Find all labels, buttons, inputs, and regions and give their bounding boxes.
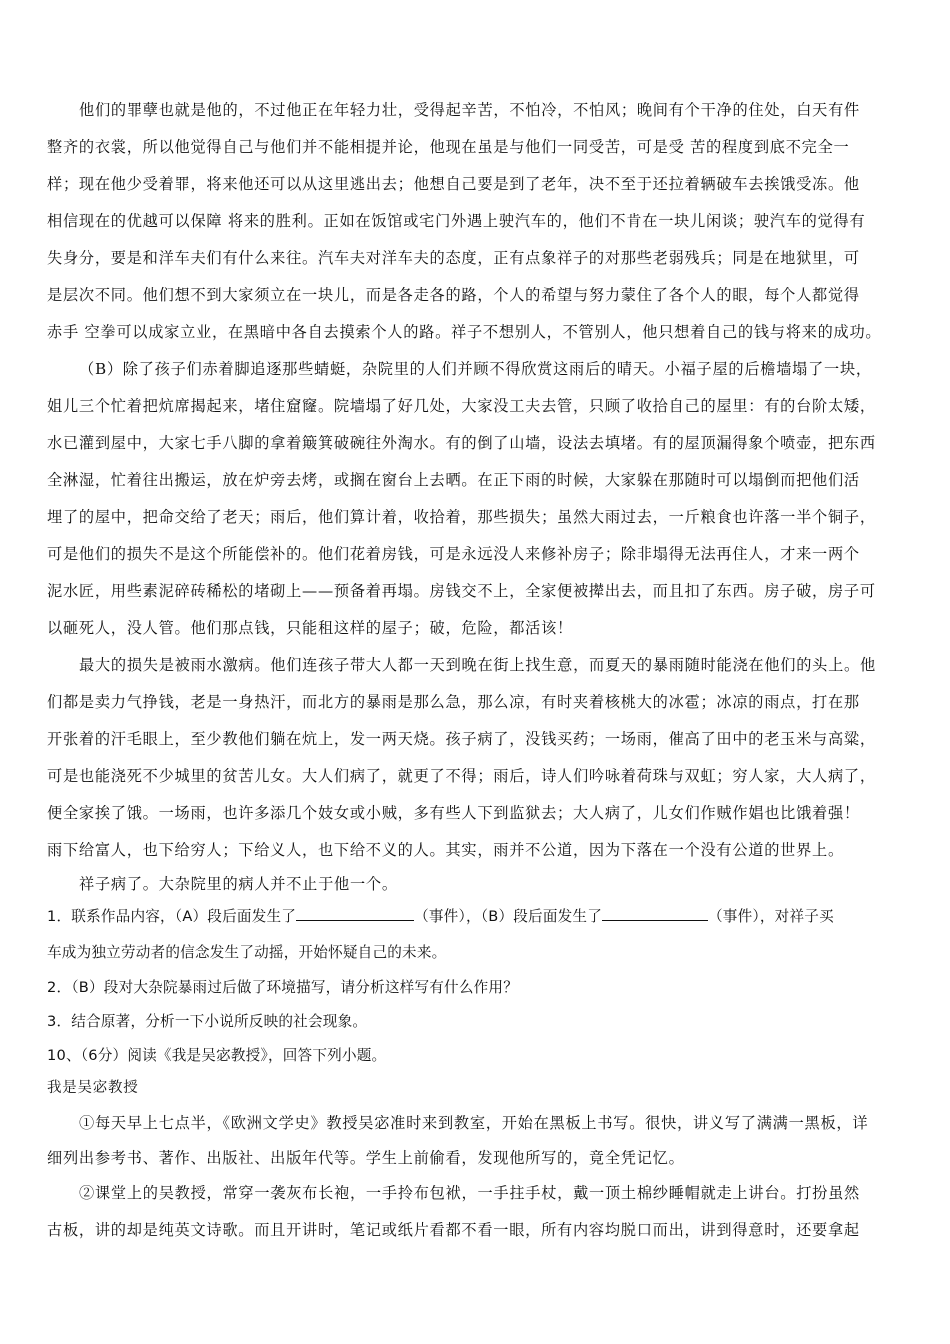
para-b-line: 埋了的屋中，把命交给了老天；雨后，他们算计着，收拾着，那些损失；虽然大雨过去，一…	[47, 503, 876, 531]
para-c-line: 雨下给富人，也下给穷人；下给义人，也下给不义的人。其实，雨并不公道，因为下落在一…	[47, 836, 844, 864]
para-c-line: 们都是卖力气挣钱，老是一身热汗，而北方的暴雨是那么急，那么凉，有时夹着核桃大的冰…	[47, 688, 860, 716]
para-a-line: 整齐的衣裳，所以他觉得自己与他们并不能相提并论，他现在虽是与他们一同受苦，可是受…	[47, 133, 849, 161]
para-a-line: 相信现在的优越可以保障 将来的胜利。正如在饭馆或宅门外遇上驶汽车的，他们不肯在一…	[47, 207, 865, 235]
para-a-line: 是层次不同。他们想不到大家须立在一块儿，而是各走各的路，个人的希望与努力蒙住了各…	[47, 281, 860, 309]
question-1-text-a: 1．联系作品内容，（A）段后面发生了	[47, 908, 296, 925]
para-a-line: 赤手 空拳可以成家立业，在黑暗中各自去摸索个人的路。祥子不想别人，不管别人，他只…	[47, 318, 881, 346]
para-c-line: 便全家挨了饿。一场雨，也许多添几个妓女或小贼，多有些人下到监狱去；大人病了，儿女…	[47, 799, 860, 827]
article-p1-line: ①每天早上七点半，《欧洲文学史》教授吴宓准时来到教室，开始在黑板上书写。很快，讲…	[79, 1109, 868, 1137]
para-b-line: 姐儿三个忙着把炕席揭起来，堵住窟窿。院墙塌了好几处，大家没工夫去管，只顾了收拾自…	[47, 392, 876, 420]
para-c-line: 最大的损失是被雨水激病。他们连孩子带大人都一天到晚在街上找生意，而夏天的暴雨随时…	[79, 651, 876, 679]
article-title: 我是吴宓教授	[47, 1074, 139, 1102]
para-b-line: 泥水匠，用些素泥碎砖稀松的堵砌上——预备着再塌。房钱交不上，全家便被撵出去，而且…	[47, 577, 876, 605]
question-3: 3．结合原著，分析一下小说所反映的社会现象。	[47, 1008, 367, 1036]
para-d-line: 祥子病了。大杂院里的病人并不止于他一个。	[79, 870, 398, 898]
answer-blank-b[interactable]	[602, 904, 708, 921]
question-1: 1．联系作品内容，（A）段后面发生了（事件），（B）段后面发生了（事件），对祥子…	[47, 903, 834, 931]
para-b-line: （B）除了孩子们赤着脚追逐那些蜻蜓，杂院里的人们并顾不得欣赏这雨后的晴天。小福子…	[79, 355, 872, 383]
para-a-line: 失身分，要是和洋车夫们有什么来往。汽车夫对洋车夫的态度，正有点象祥子的对那些老弱…	[47, 244, 860, 272]
para-b-line: 全淋湿，忙着往出搬运，放在炉旁去烤，或搁在窗台上去晒。在正下雨的时候，大家躲在那…	[47, 466, 860, 494]
para-a-line: 他们的罪孽也就是他的，不过他正在年轻力壮，受得起辛苦，不怕冷，不怕风；晚间有个干…	[79, 96, 860, 124]
article-p1-line: 细列出参考书、著作、出版社、出版年代等。学生上前偷看，发现他所写的，竟全凭记忆。	[47, 1144, 685, 1172]
article-p2-line: 古板，讲的却是纯英文诗歌。而且开讲时，笔记或纸片看都不看一眼，所有内容均脱口而出…	[47, 1216, 860, 1244]
question-1-text-b: （事件），（B）段后面发生了	[414, 908, 602, 925]
answer-blank-a[interactable]	[296, 904, 414, 921]
para-a-line: 样；现在他少受着罪，将来他还可以从这里逃出去；他想自己要是到了老年，决不至于还拉…	[47, 170, 860, 198]
section-10-heading: 10、（6分）阅读《我是吴宓教授》，回答下列小题。	[47, 1042, 386, 1070]
question-1-text-c: （事件），对祥子买	[708, 908, 834, 925]
question-2: 2．（B）段对大杂院暴雨过后做了环境描写，请分析这样写有什么作用？	[47, 974, 518, 1002]
para-c-line: 可是也能浇死不少城里的贫苦儿女。大人们病了，就更了不得；雨后，诗人们吟咏着荷珠与…	[47, 762, 876, 790]
para-b-line: 水已灌到屋中，大家七手八脚的拿着簸箕破碗往外淘水。有的倒了山墙，设法去填堵。有的…	[47, 429, 876, 457]
article-p2-line: ②课堂上的吴教授，常穿一袭灰布长袍，一手拎布包袱，一手拄手杖，戴一顶土棉纱睡帽就…	[79, 1179, 860, 1207]
para-b-line: 以砸死人，没人管。他们那点钱，只能租这样的屋子；破，危险，都活该！	[47, 614, 573, 642]
question-1-continued: 车成为独立劳动者的信念发生了动摇，开始怀疑自己的未来。	[47, 939, 446, 967]
para-c-line: 开张着的汗毛眼上，至少教他们躺在炕上，发一两天烧。孩子病了，没钱买药；一场雨，催…	[47, 725, 876, 753]
para-b-line: 可是他们的损失不是这个所能偿补的。他们花着房钱，可是永远没人来修补房子；除非塌得…	[47, 540, 860, 568]
